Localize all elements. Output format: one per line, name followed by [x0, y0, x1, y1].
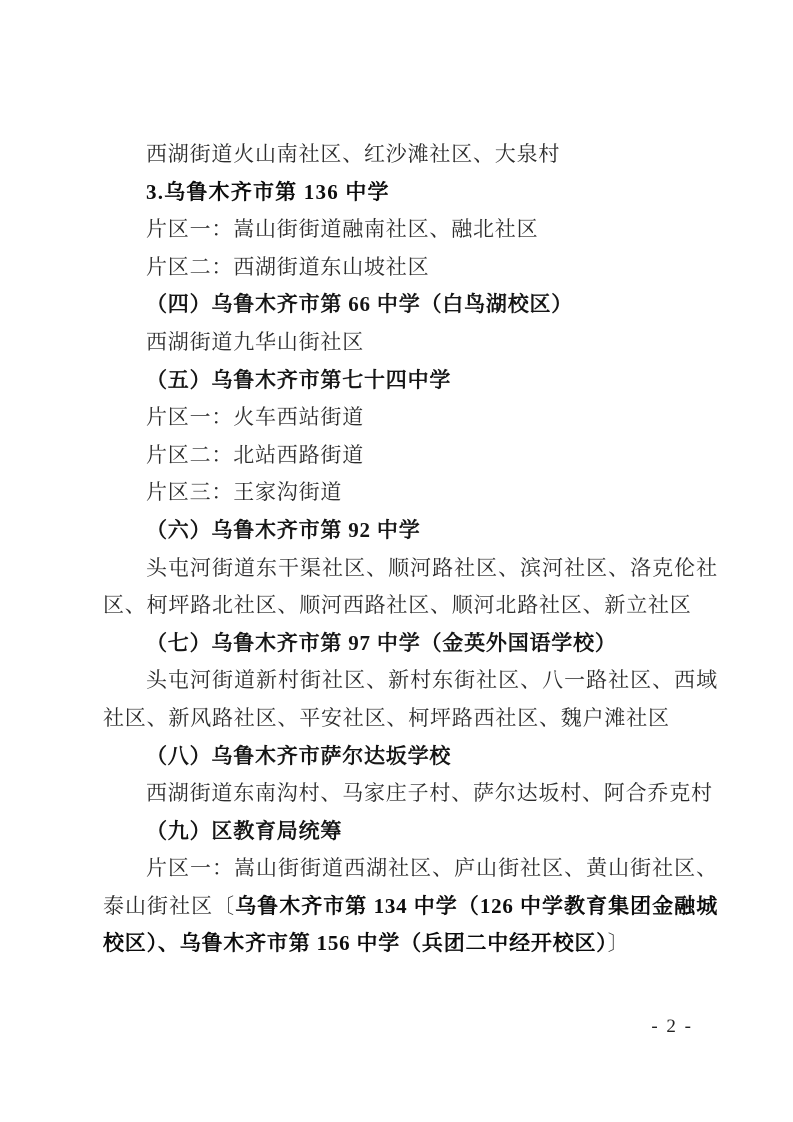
closing-paragraph-suffix: 〕	[608, 931, 630, 955]
section-heading-8: （八）乌鲁木齐市萨尔达坂学校	[103, 738, 718, 776]
paragraph-zone-2: 片区二：北站西路街道	[103, 437, 718, 475]
section-heading-7: （七）乌鲁木齐市第 97 中学（金英外国语学校）	[103, 625, 718, 663]
document-page: 西湖街道火山南社区、红沙滩社区、大泉村 3.乌鲁木齐市第 136 中学 片区一：…	[0, 0, 793, 1122]
paragraph-zone-3: 片区三：王家沟街道	[103, 474, 718, 512]
section-heading-9: （九）区教育局统筹	[103, 813, 718, 851]
paragraph-village-list: 西湖街道东南沟村、马家庄子村、萨尔达坂村、阿合乔克村	[103, 775, 718, 813]
paragraph-zone-2: 片区二：西湖街道东山坡社区	[103, 249, 718, 287]
document-body: 西湖街道火山南社区、红沙滩社区、大泉村 3.乌鲁木齐市第 136 中学 片区一：…	[103, 136, 718, 963]
section-heading-5: （五）乌鲁木齐市第七十四中学	[103, 362, 718, 400]
page-number: - 2 -	[0, 1016, 693, 1038]
section-heading-4: （四）乌鲁木齐市第 66 中学（白鸟湖校区）	[103, 286, 718, 324]
paragraph-community-list: 头屯河街道新村街社区、新村东街社区、八一路社区、西域社区、新风路社区、平安社区、…	[103, 662, 718, 737]
heading-school-136: 3.乌鲁木齐市第 136 中学	[103, 174, 718, 212]
paragraph-community-list: 西湖街道九华山街社区	[103, 324, 718, 362]
paragraph-zone-1-closing: 片区一：嵩山街街道西湖社区、庐山街社区、黄山街社区、泰山街社区〔乌鲁木齐市第 1…	[103, 850, 718, 963]
paragraph-zone-1: 片区一：嵩山街街道融南社区、融北社区	[103, 211, 718, 249]
section-heading-6: （六）乌鲁木齐市第 92 中学	[103, 512, 718, 550]
paragraph-community-list: 西湖街道火山南社区、红沙滩社区、大泉村	[103, 136, 718, 174]
paragraph-zone-1: 片区一：火车西站街道	[103, 399, 718, 437]
paragraph-community-list: 头屯河街道东干渠社区、顺河路社区、滨河社区、洛克伦社区、柯坪路北社区、顺河西路社…	[103, 550, 718, 625]
